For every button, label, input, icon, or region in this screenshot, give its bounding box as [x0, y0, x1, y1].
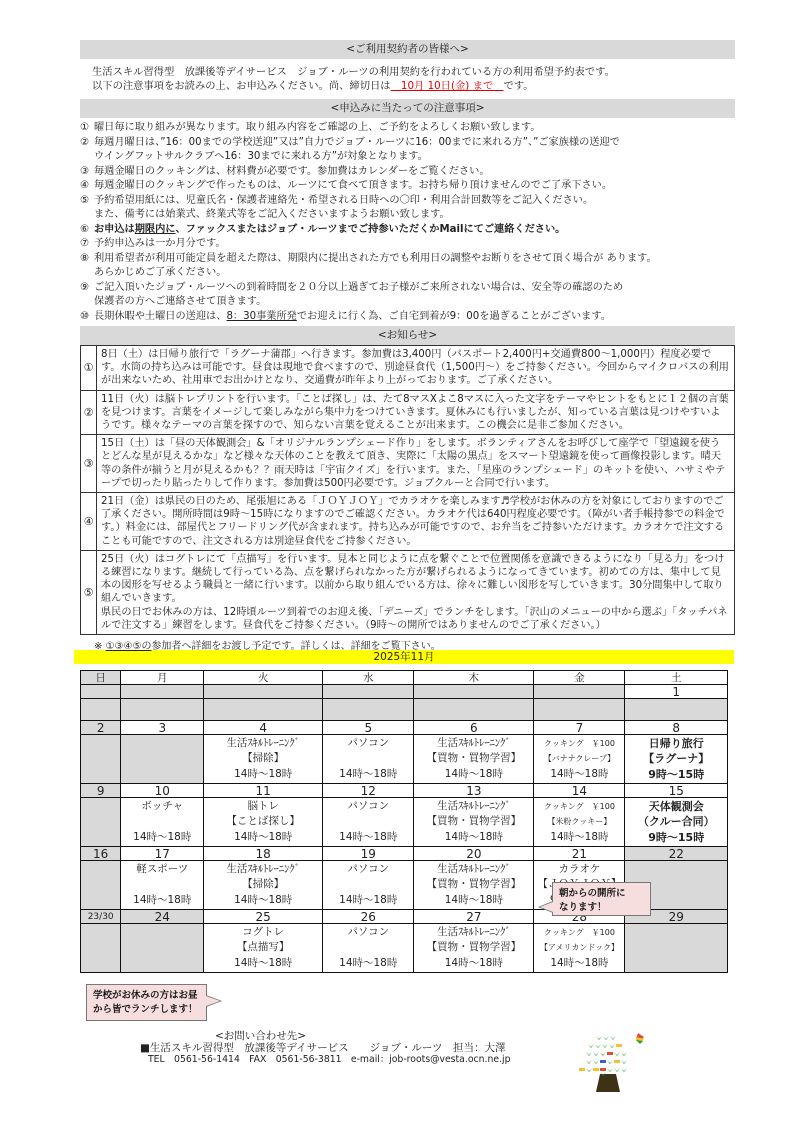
activity-name: ボッチャ [121, 799, 203, 815]
weekday-header: 水 [323, 671, 414, 685]
activity-detail [323, 815, 413, 830]
calendar-date: 20 [414, 847, 534, 861]
activity-time: 14時～18時 [323, 893, 413, 909]
calendar-date: 4 [204, 721, 323, 735]
activity-time: 14時～18時 [204, 767, 322, 783]
callout-lunch: 学校がお休みの方はお昼 から皆でランチします！ [86, 984, 207, 1021]
calendar-empty-cell [81, 924, 121, 973]
note-item: ②毎週月曜日は、”16：00までの学校送迎”又は”自力でジョブ・ルーツに16：0… [80, 136, 735, 165]
notice-section-title: <お知らせ> [80, 326, 735, 345]
notice-row: ②11日（火）は脳トレプリントを行います。「ことば探し」は、たて8マスXよこ8マ… [81, 390, 735, 435]
calendar-empty-cell [121, 735, 204, 784]
activity-time: 14時～18時 [414, 830, 533, 846]
activity-time: 14時～18時 [414, 956, 533, 972]
calendar-date [414, 685, 534, 699]
note-item: ①曜日毎に取り組みが異なります。取り組み内容をご確認の上、ご予約をよろしくお願い… [80, 121, 735, 136]
intro-section-title: <ご利用契約者の皆様へ> [80, 40, 735, 59]
calendar-date: 3 [121, 721, 204, 735]
calendar-activity-cell: パソコン14時～18時 [323, 735, 414, 784]
callout-early-opening: 朝からの開所に なります！ [552, 882, 651, 916]
notice-text: 25日（火）はコグトレにて「点描写」を行います。見本と同じように点を繋ぐことで位… [97, 550, 735, 634]
calendar-activity-cell: クッキング ￥100【アメリカンドック】14時～18時 [534, 924, 625, 973]
calendar-date: 22 [625, 847, 728, 861]
activity-detail: 【ラグーナ】 [625, 751, 727, 767]
weekday-header: 月 [121, 671, 204, 685]
calendar-activity-cell: クッキング ￥100【米粉クッキー】14時～18時 [534, 798, 625, 847]
calendar-date: 14 [534, 784, 625, 798]
contact-info: <お問い合わせ先> ■生活スキル習得型 放課後等デイサービス ジョブ・ルーツ 担… [140, 1030, 580, 1066]
weekday-header: 日 [81, 671, 121, 685]
notice-row: ③15日（土）は「昼の天体観測会」&「オリジナルランプシェード作り」をします。ボ… [81, 435, 735, 493]
calendar-activity-cell: 天体観測会（クルー合同）9時～15時 [625, 798, 728, 847]
calendar-date [204, 685, 323, 699]
activity-name: 生活ｽｷﾙﾄﾚｰﾆﾝｸﾞ [204, 862, 322, 878]
deadline-date: 10月 10日(金) まで [391, 80, 504, 92]
tree-logo-icon [578, 1030, 658, 1090]
activity-name: パソコン [323, 862, 413, 878]
notice-row: ①8日（土）は日帰り旅行で「ラグーナ蒲郡」へ行きます。参加費は3,400円（パス… [81, 346, 735, 391]
activity-detail [323, 878, 413, 893]
notice-number: ① [81, 346, 97, 391]
calendar-date [534, 685, 625, 699]
calendar-empty-cell [81, 798, 121, 847]
calendar-date: 21 [534, 847, 625, 861]
activity-time: 14時～18時 [414, 893, 533, 909]
calendar-empty-cell [323, 699, 414, 721]
activity-detail: 【買物・買物学習】 [414, 814, 533, 830]
intro-line-2: 以下の注意事項をお読みの上、お申込みください。尚、締切日は 10月 10日(金)… [92, 79, 735, 93]
calendar-date: 9 [81, 784, 121, 798]
calendar-date [81, 685, 121, 699]
activity-name: 軽スポーツ [121, 862, 203, 878]
activity-detail: 【ことば探し】 [204, 814, 322, 830]
activity-time: 14時～18時 [414, 767, 533, 783]
calendar-date: 17 [121, 847, 204, 861]
activity-time: 9時～15時 [625, 767, 727, 783]
activity-name: コグトレ [204, 925, 322, 941]
calendar-date [121, 685, 204, 699]
notes-section-title: <申込みに当たっての注意事項> [80, 99, 735, 118]
calendar-empty-cell [625, 699, 728, 721]
activity-detail: 【アメリカンドック】 [534, 940, 624, 956]
weekday-header: 火 [204, 671, 323, 685]
calendar-empty-cell [121, 699, 204, 721]
note-item: ⑦予約申込みは一か月分です。 [80, 237, 735, 252]
footnote: ※ ①③④⑤の参加者へ詳細をお渡し予定です。詳しくは、詳細をご覧下さい。 [80, 635, 735, 650]
activity-name: 日帰り旅行 [625, 736, 727, 752]
calendar-date: 12 [323, 784, 414, 798]
notice-text: 15日（土）は「昼の天体観測会」&「オリジナルランプシェード作り」をします。ボラ… [97, 435, 735, 493]
activity-time: 14時～18時 [534, 830, 624, 846]
activity-name: パソコン [323, 799, 413, 815]
calendar-activity-cell: 脳トレ【ことば探し】14時～18時 [204, 798, 323, 847]
activity-name: 生活ｽｷﾙﾄﾚｰﾆﾝｸﾞ [204, 736, 322, 752]
activity-time: 14時～18時 [323, 956, 413, 972]
calendar-activity-cell: 日帰り旅行【ラグーナ】9時～15時 [625, 735, 728, 784]
calendar-activity-cell: パソコン14時～18時 [323, 861, 414, 910]
calendar-date: 19 [323, 847, 414, 861]
activity-detail: 【掃除】 [204, 751, 322, 767]
notice-text: 11日（火）は脳トレプリントを行います。「ことば探し」は、たて8マスXよこ8マス… [97, 390, 735, 435]
calendar-empty-cell [81, 861, 121, 910]
note-item: ⑨ご記入頂いたジョブ・ルーツへの到着時間を２０分以上過ぎてお子様がご来所されない… [80, 281, 735, 310]
activity-detail: 【買物・買物学習】 [414, 751, 533, 767]
calendar-date: 7 [534, 721, 625, 735]
activity-detail: （クルー合同） [625, 814, 727, 830]
intro-text: 生活スキル習得型 放課後等デイサービス ジョブ・ルーツの利用契約を行われている方… [80, 59, 735, 99]
note-item: ③毎週金曜日のクッキングは、材料費が必要です。参加費はカレンダーをご覧ください。 [80, 165, 735, 180]
activity-name: パソコン [323, 925, 413, 941]
notice-row: ⑤25日（火）はコグトレにて「点描写」を行います。見本と同じように点を繋ぐことで… [81, 550, 735, 634]
activity-detail [323, 752, 413, 767]
calendar-date: 18 [204, 847, 323, 861]
calendar-empty-cell [414, 699, 534, 721]
activity-name: 天体観測会 [625, 799, 727, 815]
notice-number: ⑤ [81, 550, 97, 634]
calendar-date: 26 [323, 910, 414, 924]
activity-name: クッキング ￥100 [534, 736, 624, 752]
note-item: ⑩長期休暇や土曜日の送迎は、8：30事業所発でお迎えに行く為、ご自宅到着が9：0… [80, 310, 735, 325]
activity-name: パソコン [323, 736, 413, 752]
calendar-activity-cell: コグトレ【点描写】14時～18時 [204, 924, 323, 973]
activity-time: 14時～18時 [121, 830, 203, 846]
activity-detail: 【点描写】 [204, 940, 322, 956]
calendar-date: 8 [625, 721, 728, 735]
activity-detail: 【掃除】 [204, 877, 322, 893]
weekday-header: 金 [534, 671, 625, 685]
activity-time: 14時～18時 [323, 830, 413, 846]
notice-number: ④ [81, 493, 97, 551]
calendar-empty-cell [204, 699, 323, 721]
activity-detail [121, 815, 203, 830]
calendar-activity-cell: 生活ｽｷﾙﾄﾚｰﾆﾝｸﾞ【買物・買物学習】14時～18時 [414, 924, 534, 973]
notice-table: ①8日（土）は日帰り旅行で「ラグーナ蒲郡」へ行きます。参加費は3,400円（パス… [80, 345, 735, 635]
activity-time: 14時～18時 [121, 893, 203, 909]
activity-name: 生活ｽｷﾙﾄﾚｰﾆﾝｸﾞ [414, 925, 533, 941]
activity-detail [121, 878, 203, 893]
calendar-empty-cell [534, 699, 625, 721]
document-page: <ご利用契約者の皆様へ> 生活スキル習得型 放課後等デイサービス ジョブ・ルーツ… [80, 40, 735, 973]
intro-line-1: 生活スキル習得型 放課後等デイサービス ジョブ・ルーツの利用契約を行われている方… [92, 65, 735, 79]
calendar-date: 25 [204, 910, 323, 924]
weekday-header: 木 [414, 671, 534, 685]
calendar-empty-cell [81, 735, 121, 784]
activity-time: 14時～18時 [534, 956, 624, 972]
calendar-date: 10 [121, 784, 204, 798]
activity-detail: 【買物・買物学習】 [414, 877, 533, 893]
notice-number: ③ [81, 435, 97, 493]
activity-detail: 【バナナクレープ】 [534, 751, 624, 767]
notice-text: 21日（金）は県民の日のため、尾張旭にある「ＪＯＹＪＯＹ」でカラオケを楽しみます… [97, 493, 735, 551]
calendar-activity-cell: 生活ｽｷﾙﾄﾚｰﾆﾝｸﾞ【掃除】14時～18時 [204, 735, 323, 784]
calendar-date: 27 [414, 910, 534, 924]
activity-time: 9時～15時 [625, 830, 727, 846]
note-item: ④毎週金曜日のクッキングで作ったものは、ルーツにて食べて頂きます。お持ち帰り頂け… [80, 179, 735, 194]
calendar-activity-cell: 生活ｽｷﾙﾄﾚｰﾆﾝｸﾞ【買物・買物学習】14時～18時 [414, 798, 534, 847]
activity-name: クッキング ￥100 [534, 925, 624, 941]
calendar-empty-cell [121, 924, 204, 973]
activity-name: 生活ｽｷﾙﾄﾚｰﾆﾝｸﾞ [414, 736, 533, 752]
activity-detail: 【買物・買物学習】 [414, 940, 533, 956]
activity-detail [323, 941, 413, 956]
calendar-date: 6 [414, 721, 534, 735]
weekday-header: 土 [625, 671, 728, 685]
notice-text: 8日（土）は日帰り旅行で「ラグーナ蒲郡」へ行きます。参加費は3,400円（パスポ… [97, 346, 735, 391]
calendar-activity-cell: 軽スポーツ14時～18時 [121, 861, 204, 910]
activity-name: 脳トレ [204, 799, 322, 815]
activity-name: 生活ｽｷﾙﾄﾚｰﾆﾝｸﾞ [414, 799, 533, 815]
calendar-date: 5 [323, 721, 414, 735]
calendar-date: 2 [81, 721, 121, 735]
calendar-date: 16 [81, 847, 121, 861]
activity-name: カラオケ [534, 862, 624, 878]
calendar-date: 24 [121, 910, 204, 924]
activity-time: 14時～18時 [323, 767, 413, 783]
calendar-activity-cell: ボッチャ14時～18時 [121, 798, 204, 847]
calendar-empty-cell [81, 699, 121, 721]
calendar-grid: 日月火水木金土 12345678生活ｽｷﾙﾄﾚｰﾆﾝｸﾞ【掃除】14時～18時パ… [80, 670, 728, 973]
calendar-activity-cell: 生活ｽｷﾙﾄﾚｰﾆﾝｸﾞ【買物・買物学習】14時～18時 [414, 861, 534, 910]
activity-name: 生活ｽｷﾙﾄﾚｰﾆﾝｸﾞ [414, 862, 533, 878]
contact-org: ■生活スキル習得型 放課後等デイサービス ジョブ・ルーツ 担当：大澤 [140, 1042, 580, 1054]
calendar-activity-cell: パソコン14時～18時 [323, 924, 414, 973]
contact-title: <お問い合わせ先> [140, 1030, 580, 1042]
note-item: ⑥お申込は期限内に、ファックスまたはジョブ・ルーツまでご持参いただくかMailに… [80, 223, 735, 238]
notice-number: ② [81, 390, 97, 435]
note-item: ⑧利用希望者が利用可能定員を超えた際は、期限内に提出された方でも利用日の調整やお… [80, 252, 735, 281]
activity-time: 14時～18時 [204, 956, 322, 972]
calendar-activity-cell: クッキング ￥100【バナナクレープ】14時～18時 [534, 735, 625, 784]
calendar-date: 23/30 [81, 910, 121, 924]
contact-tel: TEL 0561-56-1414 FAX 0561-56-3811 e-mail… [140, 1054, 580, 1066]
calendar-activity-cell: 生活ｽｷﾙﾄﾚｰﾆﾝｸﾞ【掃除】14時～18時 [204, 861, 323, 910]
calendar-date: 15 [625, 784, 728, 798]
calendar-date: 13 [414, 784, 534, 798]
calendar-date: 11 [204, 784, 323, 798]
activity-detail: 【米粉クッキー】 [534, 814, 624, 830]
note-item: ⑤予約希望用紙には、児童氏名・保護者連絡先・希望される日時への〇印・利用合計回数… [80, 194, 735, 223]
calendar-date [323, 685, 414, 699]
activity-name: クッキング ￥100 [534, 799, 624, 815]
activity-time: 14時～18時 [204, 830, 322, 846]
activity-time: 14時～18時 [534, 767, 624, 783]
calendar-date: 1 [625, 685, 728, 699]
notice-row: ④21日（金）は県民の日のため、尾張旭にある「ＪＯＹＪＯＹ」でカラオケを楽しみま… [81, 493, 735, 551]
notes-list: ①曜日毎に取り組みが異なります。取り組み内容をご確認の上、ご予約をよろしくお願い… [80, 118, 735, 326]
activity-time: 14時～18時 [204, 893, 322, 909]
calendar-activity-cell: パソコン14時～18時 [323, 798, 414, 847]
calendar-empty-cell [625, 924, 728, 973]
calendar-month-title: 2025年11月 [74, 650, 734, 664]
calendar-activity-cell: 生活ｽｷﾙﾄﾚｰﾆﾝｸﾞ【買物・買物学習】14時～18時 [414, 735, 534, 784]
